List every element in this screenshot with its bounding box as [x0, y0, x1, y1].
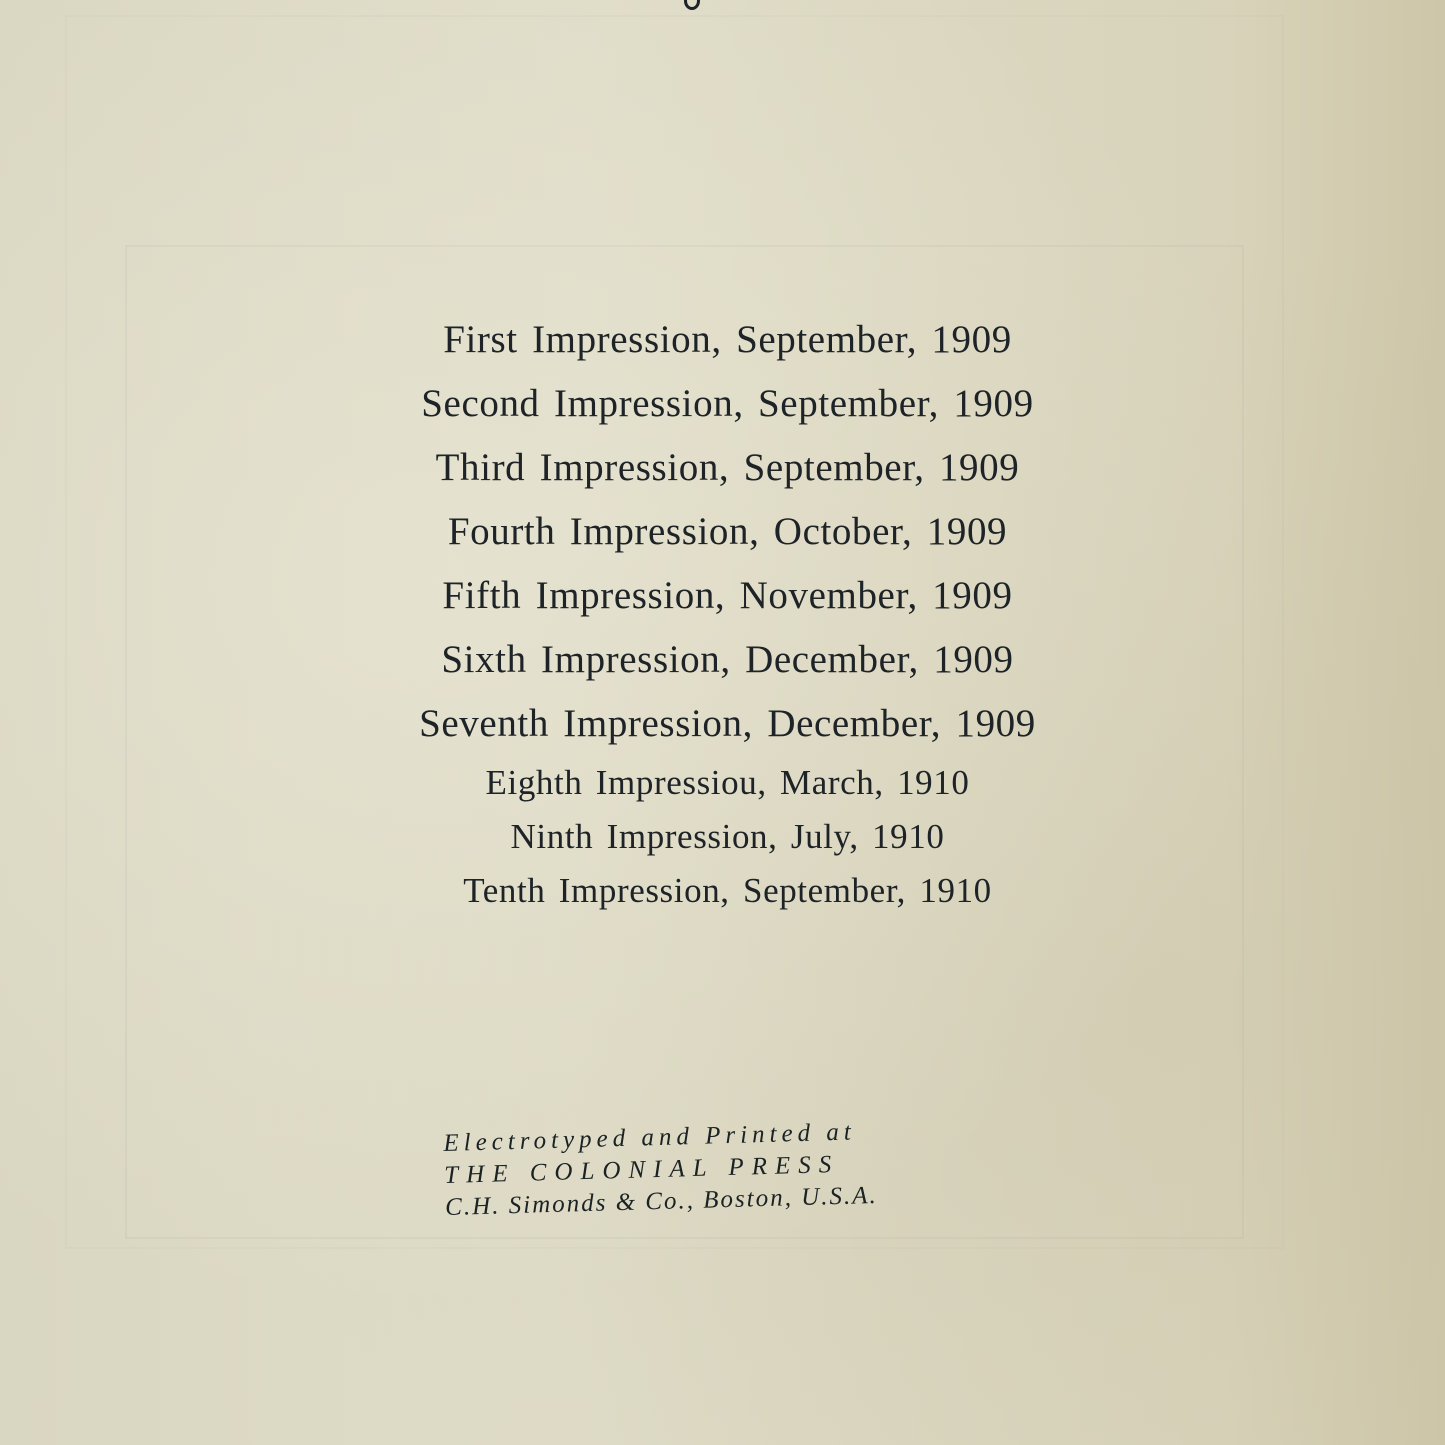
cropped-glyph [684, 0, 700, 10]
impression-line: Seventh Impression, December, 1909 [10, 692, 1445, 756]
impression-list: First Impression, September, 1909 Second… [0, 308, 1445, 918]
impression-line: Fifth Impression, November, 1909 [10, 564, 1445, 628]
impression-line: Sixth Impression, December, 1909 [10, 628, 1445, 692]
impression-line: Third Impression, September, 1909 [10, 436, 1445, 500]
book-page: First Impression, September, 1909 Second… [0, 0, 1445, 1445]
printer-imprint: Electrotyped and Printed at THE COLONIAL… [443, 1113, 985, 1224]
impression-line: Eighth Impressiou, March, 1910 [10, 756, 1445, 810]
impression-line: Tenth Impression, September, 1910 [10, 864, 1445, 918]
impression-line: Second Impression, September, 1909 [10, 372, 1445, 436]
impression-line: Fourth Impression, October, 1909 [10, 500, 1445, 564]
impression-line: First Impression, September, 1909 [10, 308, 1445, 372]
impression-line: Ninth Impression, July, 1910 [10, 810, 1445, 864]
